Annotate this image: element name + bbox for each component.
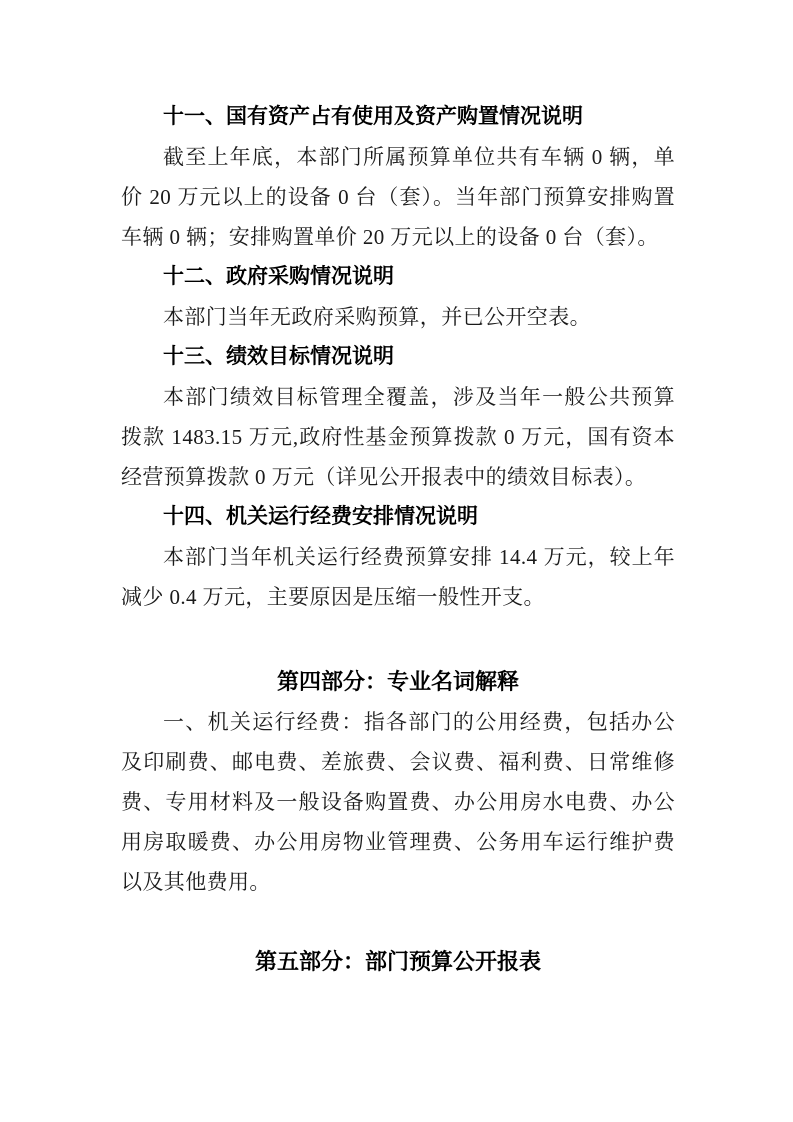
part-heading-5-public-budget-tables: 第五部分：部门预算公开报表 (121, 942, 675, 982)
part-heading-4-terminology: 第四部分：专业名词解释 (121, 662, 675, 702)
section-heading-12-government-procurement: 十二、政府采购情况说明 (121, 257, 675, 297)
section-heading-13-performance-targets: 十三、绩效目标情况说明 (121, 337, 675, 377)
document-page: 十一、国有资产占有使用及资产购置情况说明 截至上年底，本部门所属预算单位共有车辆… (0, 0, 793, 1122)
paragraph-operating-funds: 本部门当年机关运行经费预算安排 14.4 万元，较上年减少 0.4 万元，主要原… (121, 537, 675, 617)
paragraph-performance-targets: 本部门绩效目标管理全覆盖，涉及当年一般公共预算拨款 1483.15 万元,政府性… (121, 377, 675, 497)
paragraph-terminology-definition: 一、机关运行经费：指各部门的公用经费，包括办公及印刷费、邮电费、差旅费、会议费、… (121, 702, 675, 902)
section-heading-14-operating-funds: 十四、机关运行经费安排情况说明 (121, 497, 675, 537)
section-heading-11-state-assets: 十一、国有资产占有使用及资产购置情况说明 (121, 97, 675, 137)
paragraph-state-assets: 截至上年底，本部门所属预算单位共有车辆 0 辆，单价 20 万元以上的设备 0 … (121, 137, 675, 257)
document-content: 十一、国有资产占有使用及资产购置情况说明 截至上年底，本部门所属预算单位共有车辆… (121, 97, 675, 982)
paragraph-government-procurement: 本部门当年无政府采购预算，并已公开空表。 (121, 297, 675, 337)
